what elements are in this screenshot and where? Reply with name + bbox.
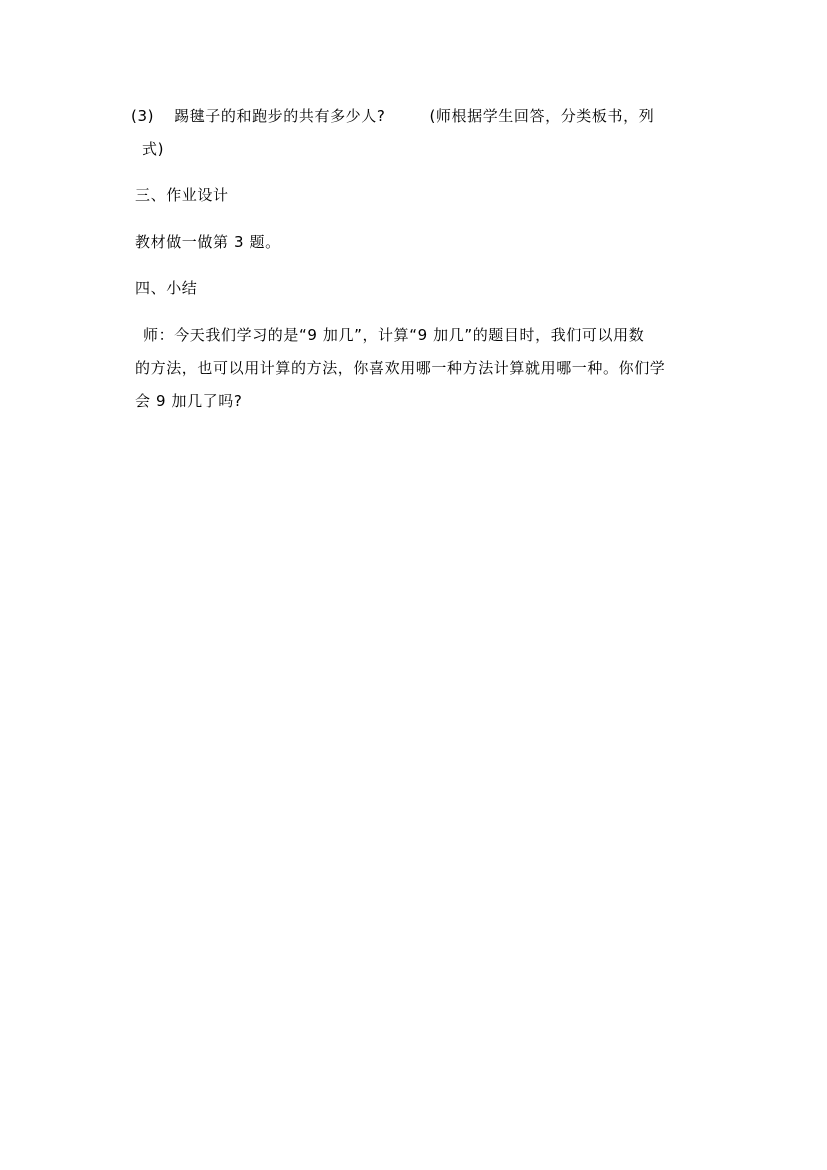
- question-number: (3): [131, 107, 154, 125]
- teacher-note-continued: 式): [142, 139, 164, 159]
- question-text: 踢毽子的和跑步的共有多少人?: [174, 107, 385, 125]
- document-page: (3)踢毽子的和跑步的共有多少人?(师根据学生回答，分类板书，列 式) 三、作业…: [0, 0, 827, 1170]
- summary-line-1: 师：今天我们学习的是“9 加几”，计算“9 加几”的题目时，我们可以用数: [143, 325, 644, 345]
- summary-line-3: 会 9 加几了吗?: [135, 391, 242, 411]
- question-3-line: (3)踢毽子的和跑步的共有多少人?(师根据学生回答，分类板书，列: [131, 106, 654, 126]
- section-3-body: 教材做一做第 3 题。: [135, 232, 281, 252]
- section-3-heading: 三、作业设计: [135, 185, 229, 205]
- teacher-note: (师根据学生回答，分类板书，列: [429, 107, 654, 125]
- section-4-heading: 四、小结: [135, 278, 197, 298]
- summary-line-2: 的方法，也可以用计算的方法，你喜欢用哪一种方法计算就用哪一种。你们学: [135, 358, 665, 378]
